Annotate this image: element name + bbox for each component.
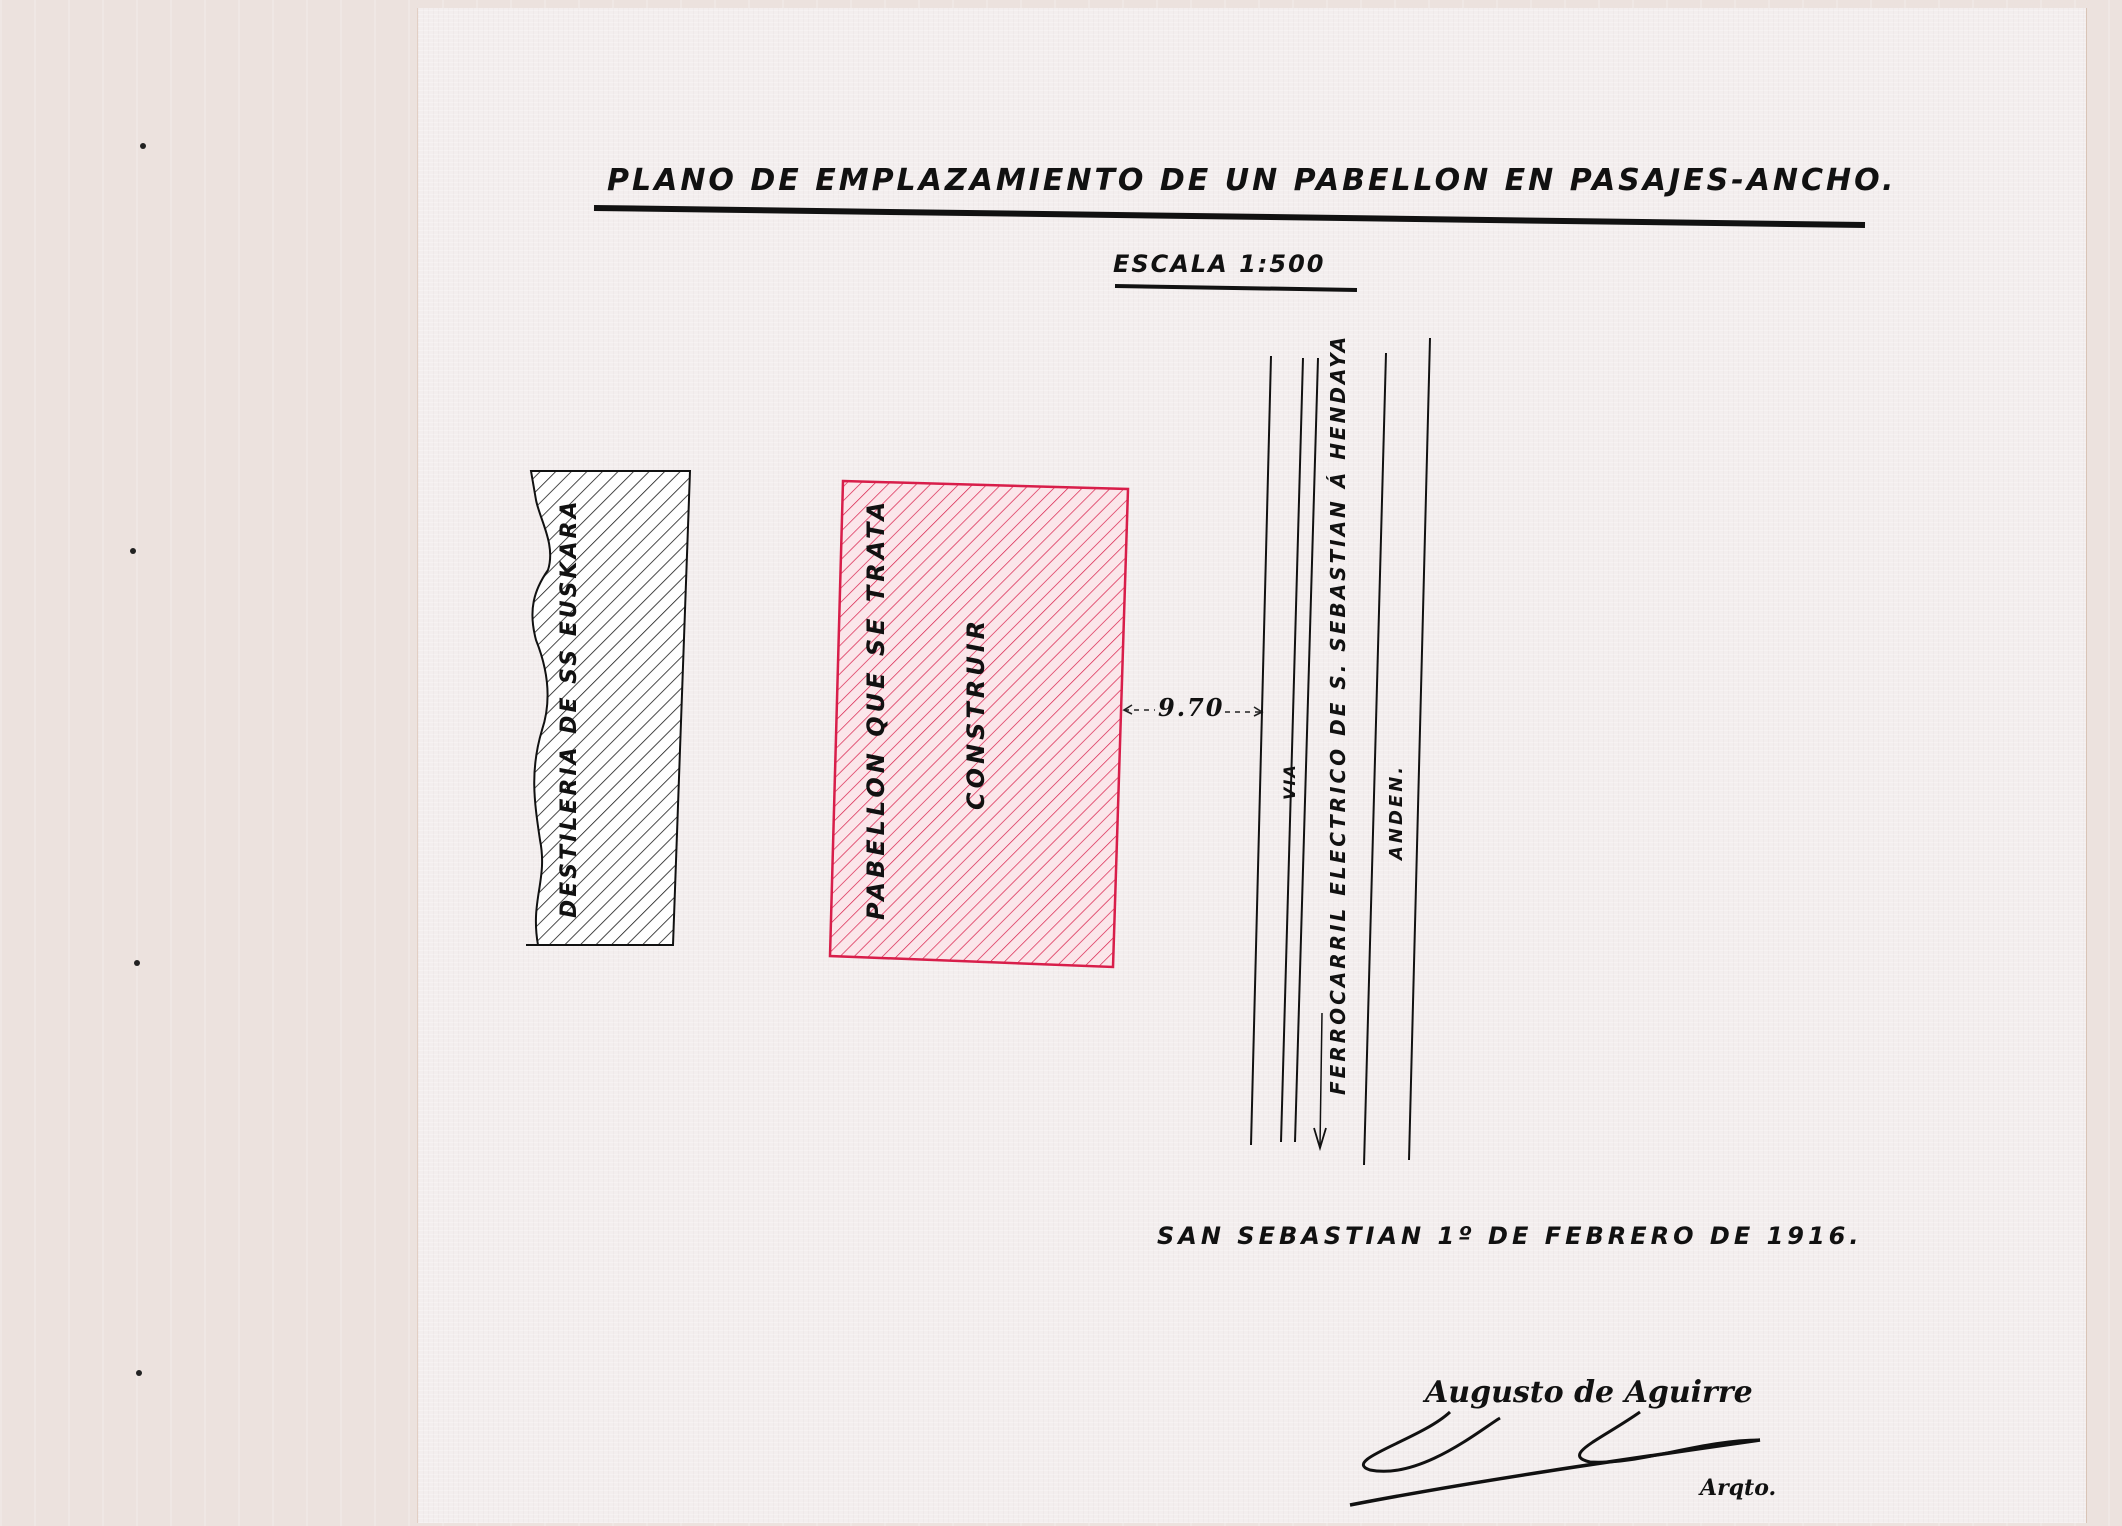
architect-title: Arqto. xyxy=(1700,1475,1776,1501)
signature-flourish xyxy=(0,0,2122,1526)
